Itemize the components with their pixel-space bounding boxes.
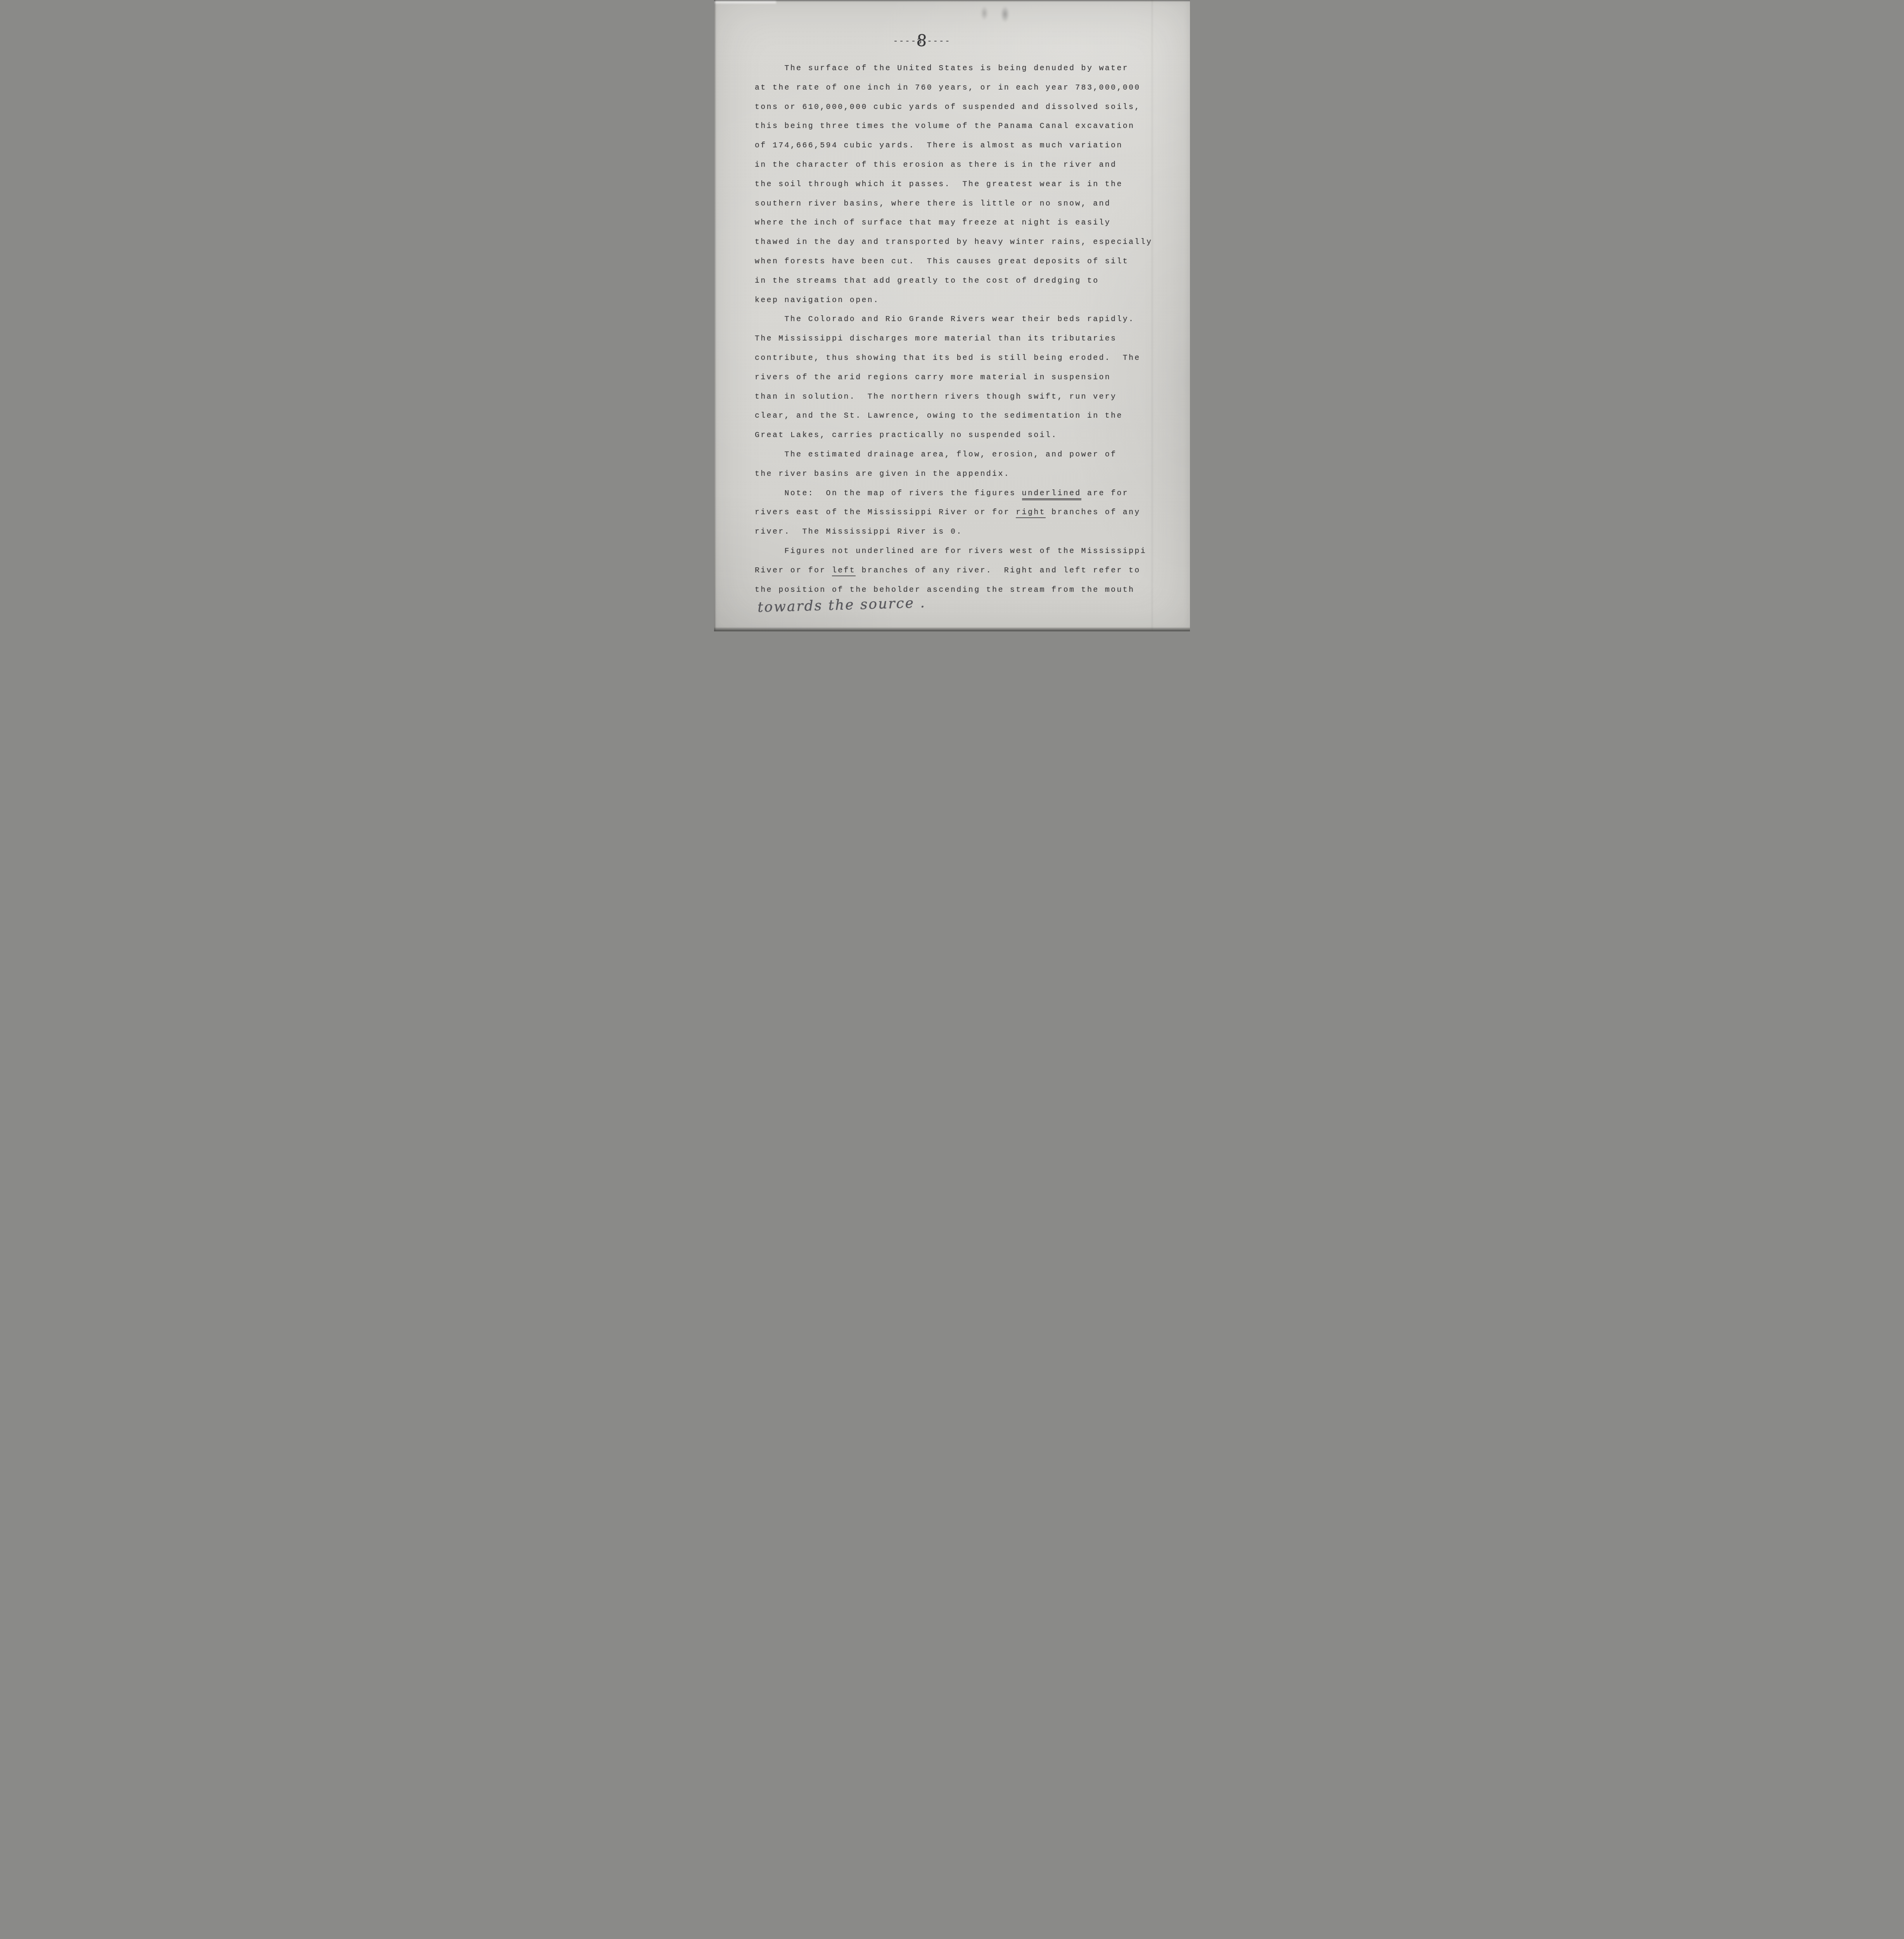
underlined-word: left <box>832 566 856 576</box>
typescript-line: at the rate of one inch in 760 years, or… <box>755 78 1174 98</box>
typescript-line: of 174,666,594 cubic yards. There is alm… <box>755 136 1174 156</box>
typescript-line: when forests have been cut. This causes … <box>755 252 1174 271</box>
typescript-line: in the streams that add greatly to the c… <box>755 271 1174 291</box>
underlined-word: right <box>1016 508 1046 518</box>
page-number-dashes-right: ---- <box>927 37 951 46</box>
page-number: ----38---- <box>893 37 951 46</box>
typescript-line: thawed in the day and transported by hea… <box>755 233 1174 252</box>
typescript-line: the river basins are given in the append… <box>755 465 1174 484</box>
typescript-line: tons or 610,000,000 cubic yards of suspe… <box>755 98 1174 117</box>
typescript-line: River or for left branches of any river.… <box>755 561 1174 581</box>
typescript-block: The surface of the United States is bein… <box>755 59 1174 600</box>
typescript-line: The Colorado and Rio Grande Rivers wear … <box>755 310 1174 329</box>
pencil-smudge <box>968 3 1022 23</box>
page-number-digit-handwritten: 8 <box>917 40 928 41</box>
typescript-line: the position of the beholder ascending t… <box>755 581 1174 600</box>
typescript-line: The Mississippi discharges more material… <box>755 329 1174 349</box>
typescript-line: rivers of the arid regions carry more ma… <box>755 368 1174 387</box>
scan-edge-bottom <box>714 627 1190 631</box>
underlined-word: underlined <box>1022 489 1081 500</box>
typescript-line: Figures not underlined are for rivers we… <box>755 542 1174 561</box>
typescript-line: The surface of the United States is bein… <box>755 59 1174 78</box>
page-number-dashes-left: ---- <box>893 37 917 46</box>
typescript-line: than in solution. The northern rivers th… <box>755 387 1174 407</box>
typescript-line: river. The Mississippi River is 0. <box>755 522 1174 542</box>
scan-edge-top <box>714 0 1190 2</box>
typescript-line: keep navigation open. <box>755 291 1174 310</box>
typescript-line: Note: On the map of rivers the figures u… <box>755 484 1174 503</box>
typescript-line: this being three times the volume of the… <box>755 117 1174 136</box>
scan-edge-left <box>714 0 716 631</box>
typescript-line: in the character of this erosion as ther… <box>755 156 1174 175</box>
typescript-line: southern river basins, where there is li… <box>755 194 1174 214</box>
typescript-line: contribute, thus showing that its bed is… <box>755 349 1174 368</box>
typescript-line: rivers east of the Mississippi River or … <box>755 503 1174 522</box>
scanned-typescript-page: ----38---- The surface of the United Sta… <box>714 0 1190 631</box>
typescript-line: where the inch of surface that may freez… <box>755 213 1174 233</box>
typescript-line: Great Lakes, carries practically no susp… <box>755 426 1174 445</box>
typescript-line: the soil through which it passes. The gr… <box>755 175 1174 194</box>
typescript-line: clear, and the St. Lawrence, owing to th… <box>755 406 1174 426</box>
typescript-line: The estimated drainage area, flow, erosi… <box>755 445 1174 465</box>
